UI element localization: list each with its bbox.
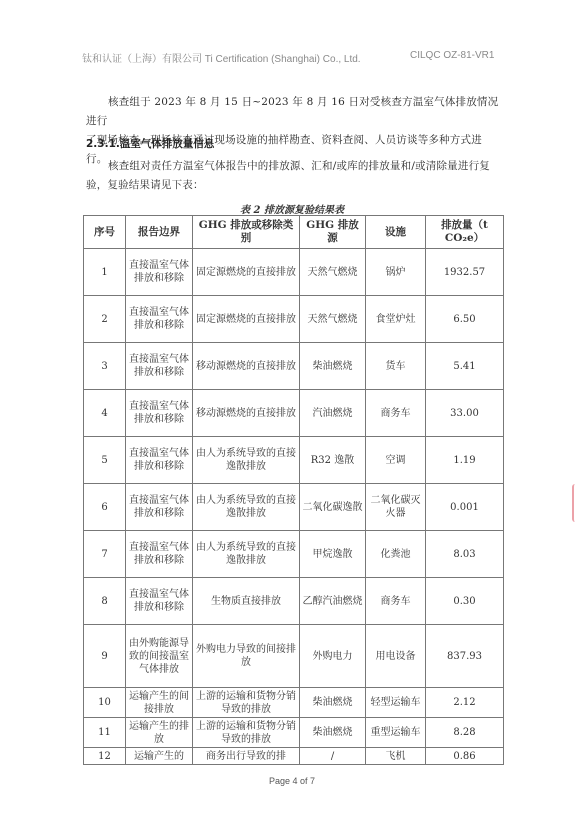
cell-facility: 轻型运输车 xyxy=(366,688,426,718)
cell-source: 乙醇汽油燃烧 xyxy=(300,578,366,625)
cell-no: 4 xyxy=(84,390,126,437)
cell-source: 柴油燃烧 xyxy=(300,718,366,748)
cell-facility: 商务车 xyxy=(366,578,426,625)
header-emission: 排放量（t CO₂e） xyxy=(426,216,504,249)
cell-boundary: 运输产生的排放 xyxy=(126,718,193,748)
section-line-2: 验，复验结果请见下表： xyxy=(86,179,204,191)
header-source: GHG 排放源 xyxy=(300,216,366,249)
cell-boundary: 直接温室气体排放和移除 xyxy=(126,437,193,484)
cell-facility: 飞机 xyxy=(366,748,426,765)
cell-source: 柴油燃烧 xyxy=(300,343,366,390)
intro-line-1: 核查组于 2023 年 8 月 15 日~2023 年 8 月 16 日对受核查… xyxy=(86,96,498,127)
cell-no: 5 xyxy=(84,437,126,484)
cell-source: 天然气燃烧 xyxy=(300,249,366,296)
cell-source: 汽油燃烧 xyxy=(300,390,366,437)
cell-emission: 2.12 xyxy=(426,688,504,718)
cell-emission: 1.19 xyxy=(426,437,504,484)
section-paragraph: 核查组对责任方温室气体报告中的排放源、汇和/或库的排放量和/或清除量进行复 验，… xyxy=(86,157,501,195)
cell-boundary: 直接温室气体排放和移除 xyxy=(126,578,193,625)
cell-boundary: 直接温室气体排放和移除 xyxy=(126,343,193,390)
table-row: 9由外购能源导致的间接温室气体排放外购电力导致的间接排放外购电力用电设备837.… xyxy=(84,625,504,688)
cell-boundary: 运输产生的间接排放 xyxy=(126,688,193,718)
cell-source: 柴油燃烧 xyxy=(300,688,366,718)
table-row: 11运输产生的排放上游的运输和货物分销导致的排放柴油燃烧重型运输车8.28 xyxy=(84,718,504,748)
header-category: GHG 排放或移除类别 xyxy=(193,216,300,249)
cell-no: 1 xyxy=(84,249,126,296)
cell-no: 12 xyxy=(84,748,126,765)
cell-category: 移动源燃烧的直接排放 xyxy=(193,390,300,437)
cell-category: 生物质直接排放 xyxy=(193,578,300,625)
cell-no: 11 xyxy=(84,718,126,748)
cell-source: 外购电力 xyxy=(300,625,366,688)
cell-boundary: 直接温室气体排放和移除 xyxy=(126,390,193,437)
table-row: 8直接温室气体排放和移除生物质直接排放乙醇汽油燃烧商务车0.30 xyxy=(84,578,504,625)
cell-emission: 5.41 xyxy=(426,343,504,390)
section-line-1: 核查组对责任方温室气体报告中的排放源、汇和/或库的排放量和/或清除量进行复 xyxy=(108,160,490,172)
table-row: 7直接温室气体排放和移除由人为系统导致的直接逸散排放甲烷逸散化粪池8.03 xyxy=(84,531,504,578)
cell-category: 由人为系统导致的直接逸散排放 xyxy=(193,531,300,578)
header-facility: 设施 xyxy=(366,216,426,249)
header-boundary: 报告边界 xyxy=(126,216,193,249)
cell-facility: 化粪池 xyxy=(366,531,426,578)
table-row: 3直接温室气体排放和移除移动源燃烧的直接排放柴油燃烧货车5.41 xyxy=(84,343,504,390)
cell-facility: 商务车 xyxy=(366,390,426,437)
emission-results-table: 序号 报告边界 GHG 排放或移除类别 GHG 排放源 设施 排放量（t CO₂… xyxy=(83,215,504,765)
cell-category: 上游的运输和货物分销导致的排放 xyxy=(193,718,300,748)
cell-facility: 食堂炉灶 xyxy=(366,296,426,343)
cell-no: 6 xyxy=(84,484,126,531)
cell-no: 3 xyxy=(84,343,126,390)
cell-category: 固定源燃烧的直接排放 xyxy=(193,296,300,343)
cell-source: 天然气燃烧 xyxy=(300,296,366,343)
cell-no: 8 xyxy=(84,578,126,625)
cell-emission: 8.03 xyxy=(426,531,504,578)
cell-emission: 0.30 xyxy=(426,578,504,625)
cell-no: 10 xyxy=(84,688,126,718)
cell-emission: 6.50 xyxy=(426,296,504,343)
cell-facility: 货车 xyxy=(366,343,426,390)
cell-boundary: 直接温室气体排放和移除 xyxy=(126,484,193,531)
cell-emission: 1932.57 xyxy=(426,249,504,296)
cell-facility: 空调 xyxy=(366,437,426,484)
cell-no: 7 xyxy=(84,531,126,578)
seal-stamp-mark xyxy=(572,484,580,522)
cell-source: / xyxy=(300,748,366,765)
cell-emission: 837.93 xyxy=(426,625,504,688)
table-row: 5直接温室气体排放和移除由人为系统导致的直接逸散排放R32 逸散空调1.19 xyxy=(84,437,504,484)
header-no: 序号 xyxy=(84,216,126,249)
table-row: 4直接温室气体排放和移除移动源燃烧的直接排放汽油燃烧商务车33.00 xyxy=(84,390,504,437)
cell-no: 2 xyxy=(84,296,126,343)
cell-category: 移动源燃烧的直接排放 xyxy=(193,343,300,390)
table-header-row: 序号 报告边界 GHG 排放或移除类别 GHG 排放源 设施 排放量（t CO₂… xyxy=(84,216,504,249)
cell-emission: 0.86 xyxy=(426,748,504,765)
company-name: 钛和认证（上海）有限公司 Ti Certification (Shanghai)… xyxy=(82,50,361,65)
table-row: 6直接温室气体排放和移除由人为系统导致的直接逸散排放二氧化碳逸散二氧化碳灭火器0… xyxy=(84,484,504,531)
cell-facility: 重型运输车 xyxy=(366,718,426,748)
cell-boundary: 直接温室气体排放和移除 xyxy=(126,249,193,296)
cell-category: 由人为系统导致的直接逸散排放 xyxy=(193,484,300,531)
cell-no: 9 xyxy=(84,625,126,688)
cell-boundary: 直接温室气体排放和移除 xyxy=(126,531,193,578)
cell-emission: 33.00 xyxy=(426,390,504,437)
table-row: 10运输产生的间接排放上游的运输和货物分销导致的排放柴油燃烧轻型运输车2.12 xyxy=(84,688,504,718)
section-title: 2.3.1.温室气体排放量信息 xyxy=(86,136,214,151)
cell-source: 甲烷逸散 xyxy=(300,531,366,578)
cell-boundary: 运输产生的 xyxy=(126,748,193,765)
table-row: 1直接温室气体排放和移除固定源燃烧的直接排放天然气燃烧锅炉1932.57 xyxy=(84,249,504,296)
cell-category: 由人为系统导致的直接逸散排放 xyxy=(193,437,300,484)
cell-category: 外购电力导致的间接排放 xyxy=(193,625,300,688)
table-row: 12运输产生的商务出行导致的排/飞机0.86 xyxy=(84,748,504,765)
page-number: Page 4 of 7 xyxy=(0,776,584,786)
cell-facility: 用电设备 xyxy=(366,625,426,688)
cell-emission: 0.001 xyxy=(426,484,504,531)
cell-boundary: 直接温室气体排放和移除 xyxy=(126,296,193,343)
cell-category: 上游的运输和货物分销导致的排放 xyxy=(193,688,300,718)
cell-source: 二氧化碳逸散 xyxy=(300,484,366,531)
cell-category: 商务出行导致的排 xyxy=(193,748,300,765)
cell-category: 固定源燃烧的直接排放 xyxy=(193,249,300,296)
cell-source: R32 逸散 xyxy=(300,437,366,484)
cell-facility: 二氧化碳灭火器 xyxy=(366,484,426,531)
cell-emission: 8.28 xyxy=(426,718,504,748)
document-code: CILQC OZ-81-VR1 xyxy=(410,50,494,61)
cell-boundary: 由外购能源导致的间接温室气体排放 xyxy=(126,625,193,688)
table-caption: 表 2 排放源复验结果表 xyxy=(0,201,584,216)
cell-facility: 锅炉 xyxy=(366,249,426,296)
table-row: 2直接温室气体排放和移除固定源燃烧的直接排放天然气燃烧食堂炉灶6.50 xyxy=(84,296,504,343)
